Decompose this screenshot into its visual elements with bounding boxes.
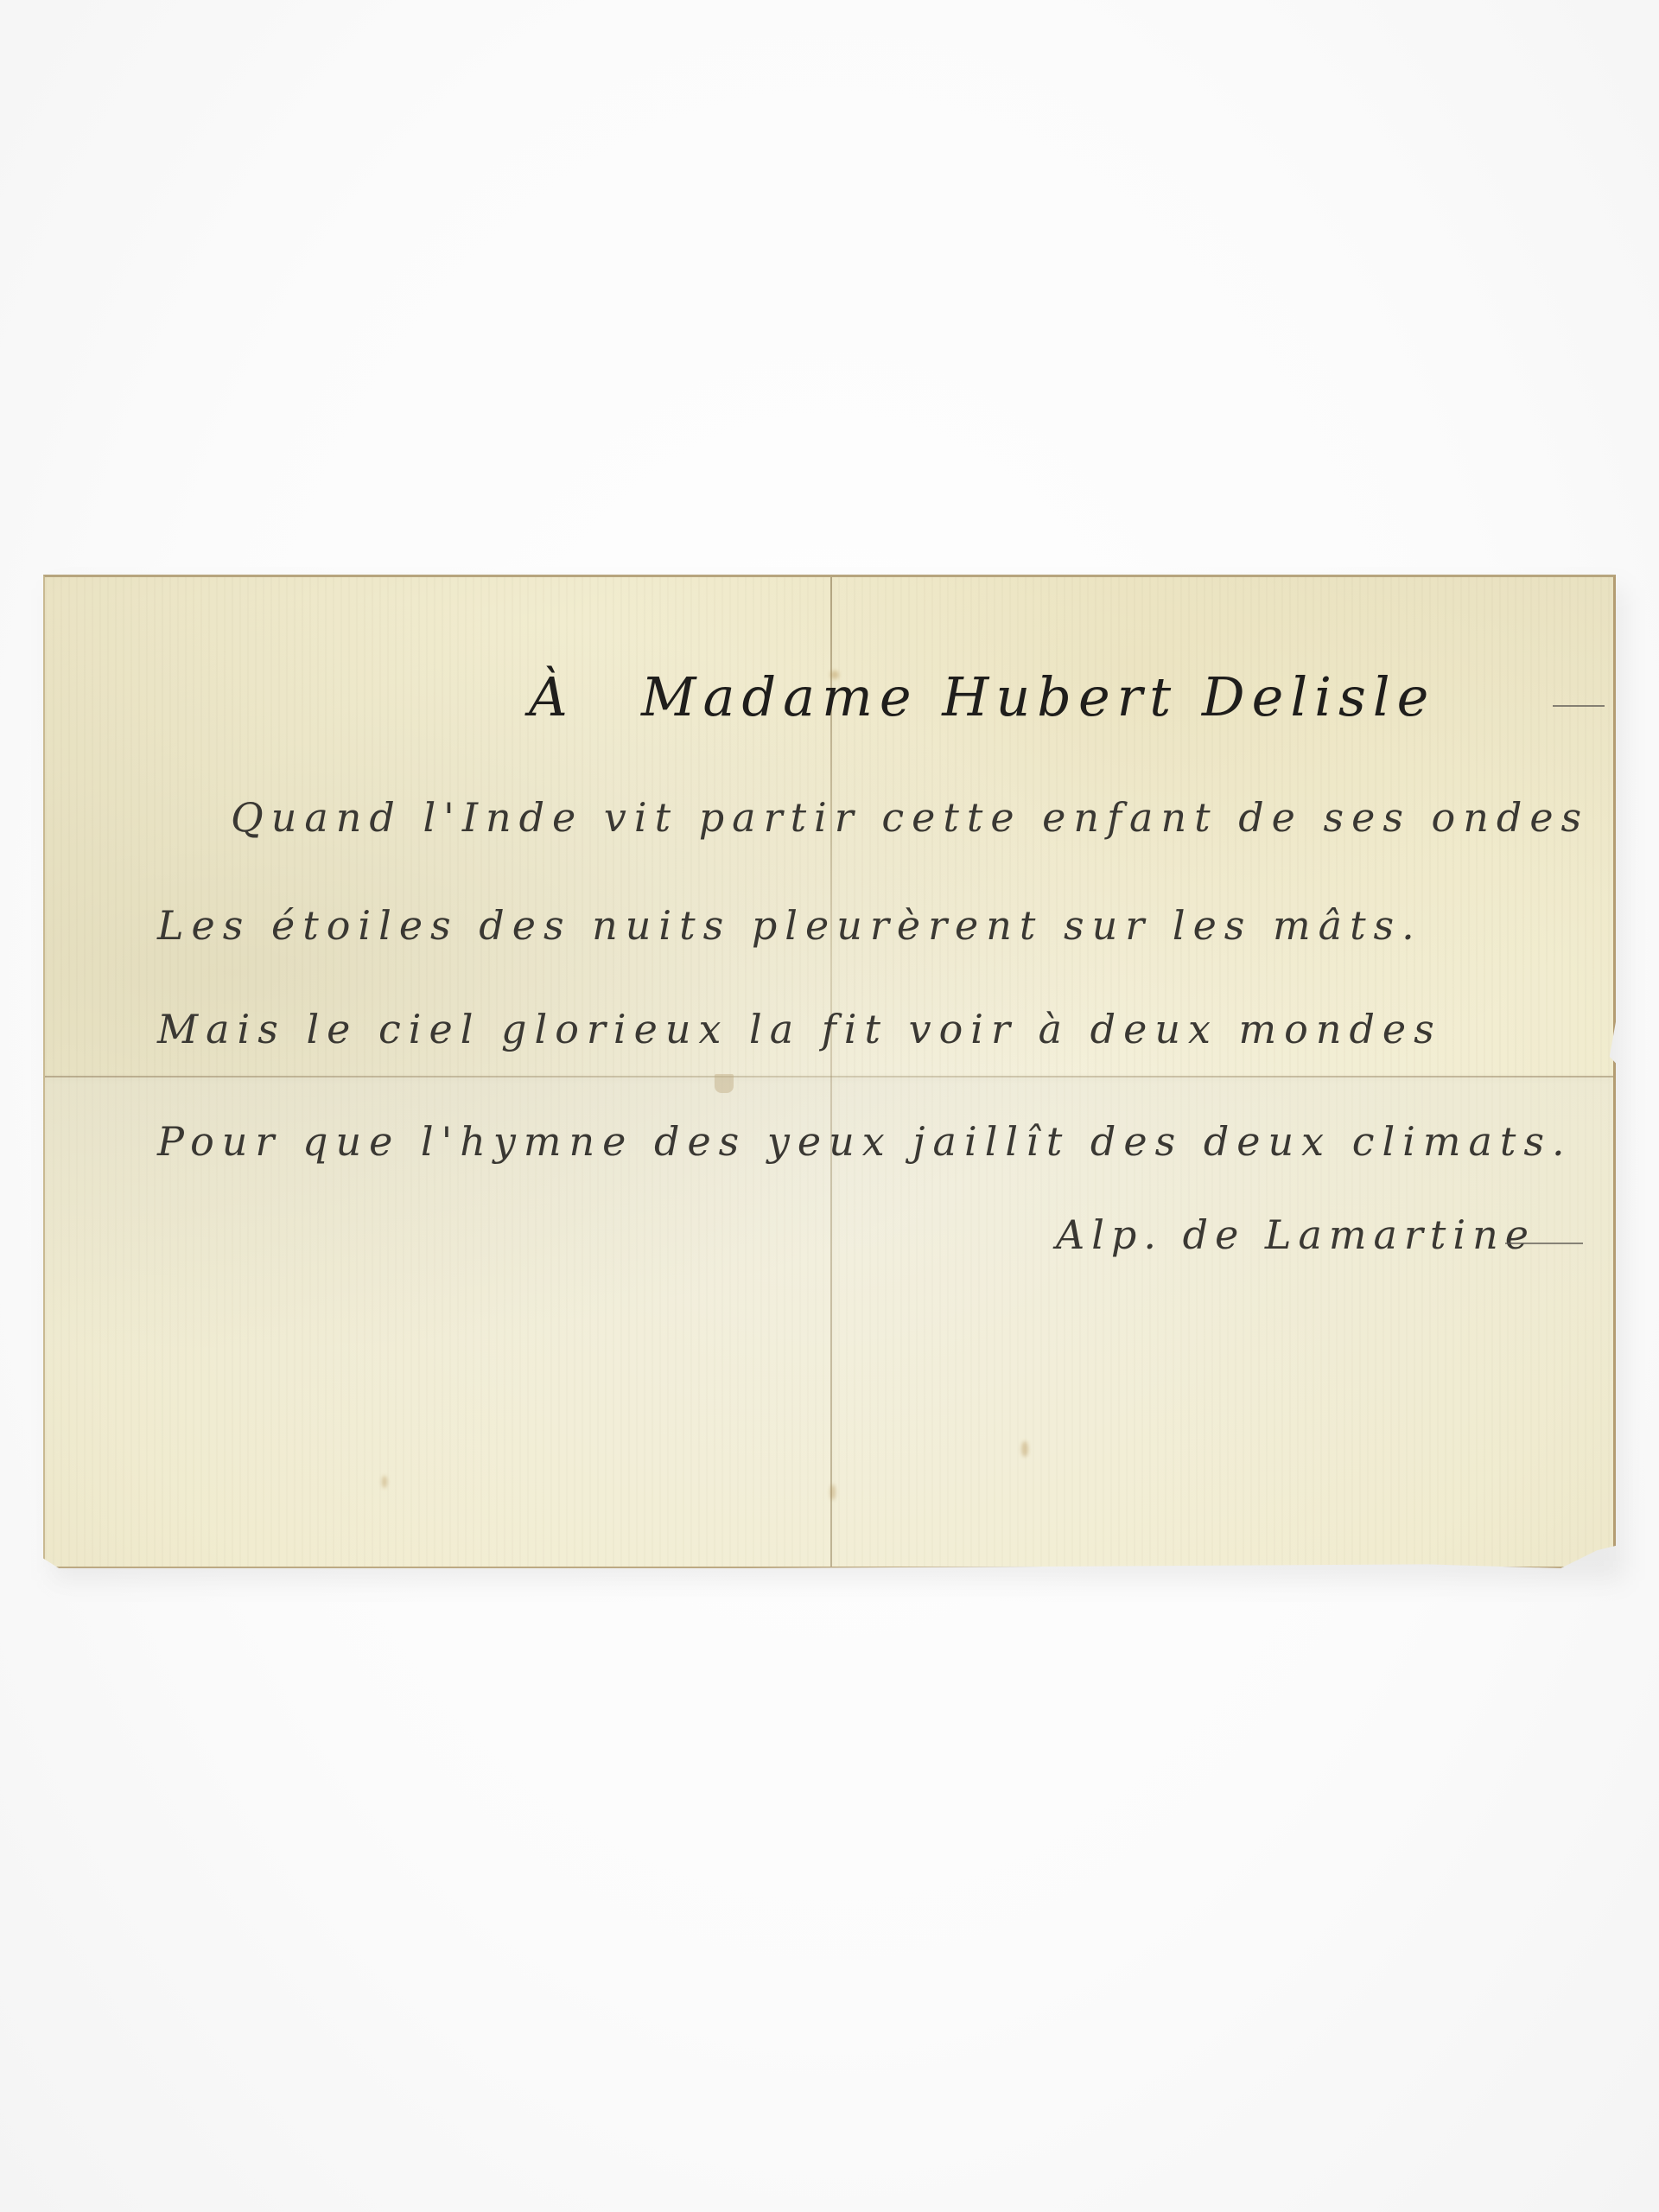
verse-line-2: Les étoiles des nuits pleurèrent sur les…: [157, 906, 1422, 945]
signature-flourish: [1505, 1243, 1583, 1244]
header-flourish: [1553, 705, 1605, 707]
recipient-name: Madame Hubert Delisle: [641, 671, 1435, 724]
foxing-spot: [830, 1484, 836, 1500]
verse-line-3: Mais le ciel glorieux la fit voir à deux…: [157, 1009, 1442, 1049]
manuscript-paper: À Madame Hubert Delisle Quand l'Inde vit…: [43, 575, 1616, 1568]
photo-backdrop: À Madame Hubert Delisle Quand l'Inde vit…: [0, 0, 1659, 2212]
signature: Alp. de Lamartine: [1056, 1215, 1535, 1255]
verse-line-4: Pour que l'hymne des yeux jaillît des de…: [157, 1122, 1573, 1161]
fold-tear: [715, 1074, 734, 1093]
horizontal-fold-line: [45, 1076, 1613, 1077]
verse-line-1: Quand l'Inde vit partir cette enfant de …: [231, 798, 1589, 837]
foxing-spot: [382, 1476, 387, 1488]
salutation-text: À: [529, 671, 575, 724]
foxing-spot: [1021, 1441, 1028, 1457]
